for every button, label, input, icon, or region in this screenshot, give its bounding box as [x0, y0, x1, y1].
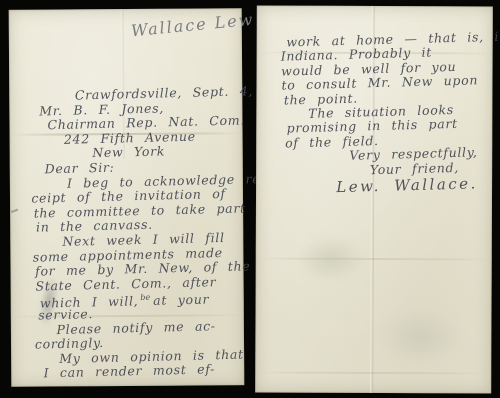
letter-body-page2: work at home — that is, in Indiana. Prob… — [280, 30, 489, 197]
letter-page-1: Wallace Lew Crawfordsville, Sept. 4, 188… — [9, 8, 245, 387]
letter-page-2: work at home — that is, in Indiana. Prob… — [255, 5, 493, 393]
caret-insertion: be — [140, 293, 150, 302]
pencil-edge-mark — [11, 209, 18, 213]
pencil-annotation: Wallace Lew — [130, 10, 255, 41]
paper-stain — [375, 306, 465, 366]
letter-line-part: at your — [153, 292, 209, 308]
letter-body-page1: Crawfordsville, Sept. 4, 1884 Mr. B. F. … — [29, 85, 242, 382]
letter-line: I can render most ef- — [43, 362, 241, 381]
letter-scan: Wallace Lew Crawfordsville, Sept. 4, 188… — [0, 0, 500, 398]
letter-signature: Lew. Wallace. — [336, 174, 489, 196]
paper-stain — [296, 236, 366, 282]
